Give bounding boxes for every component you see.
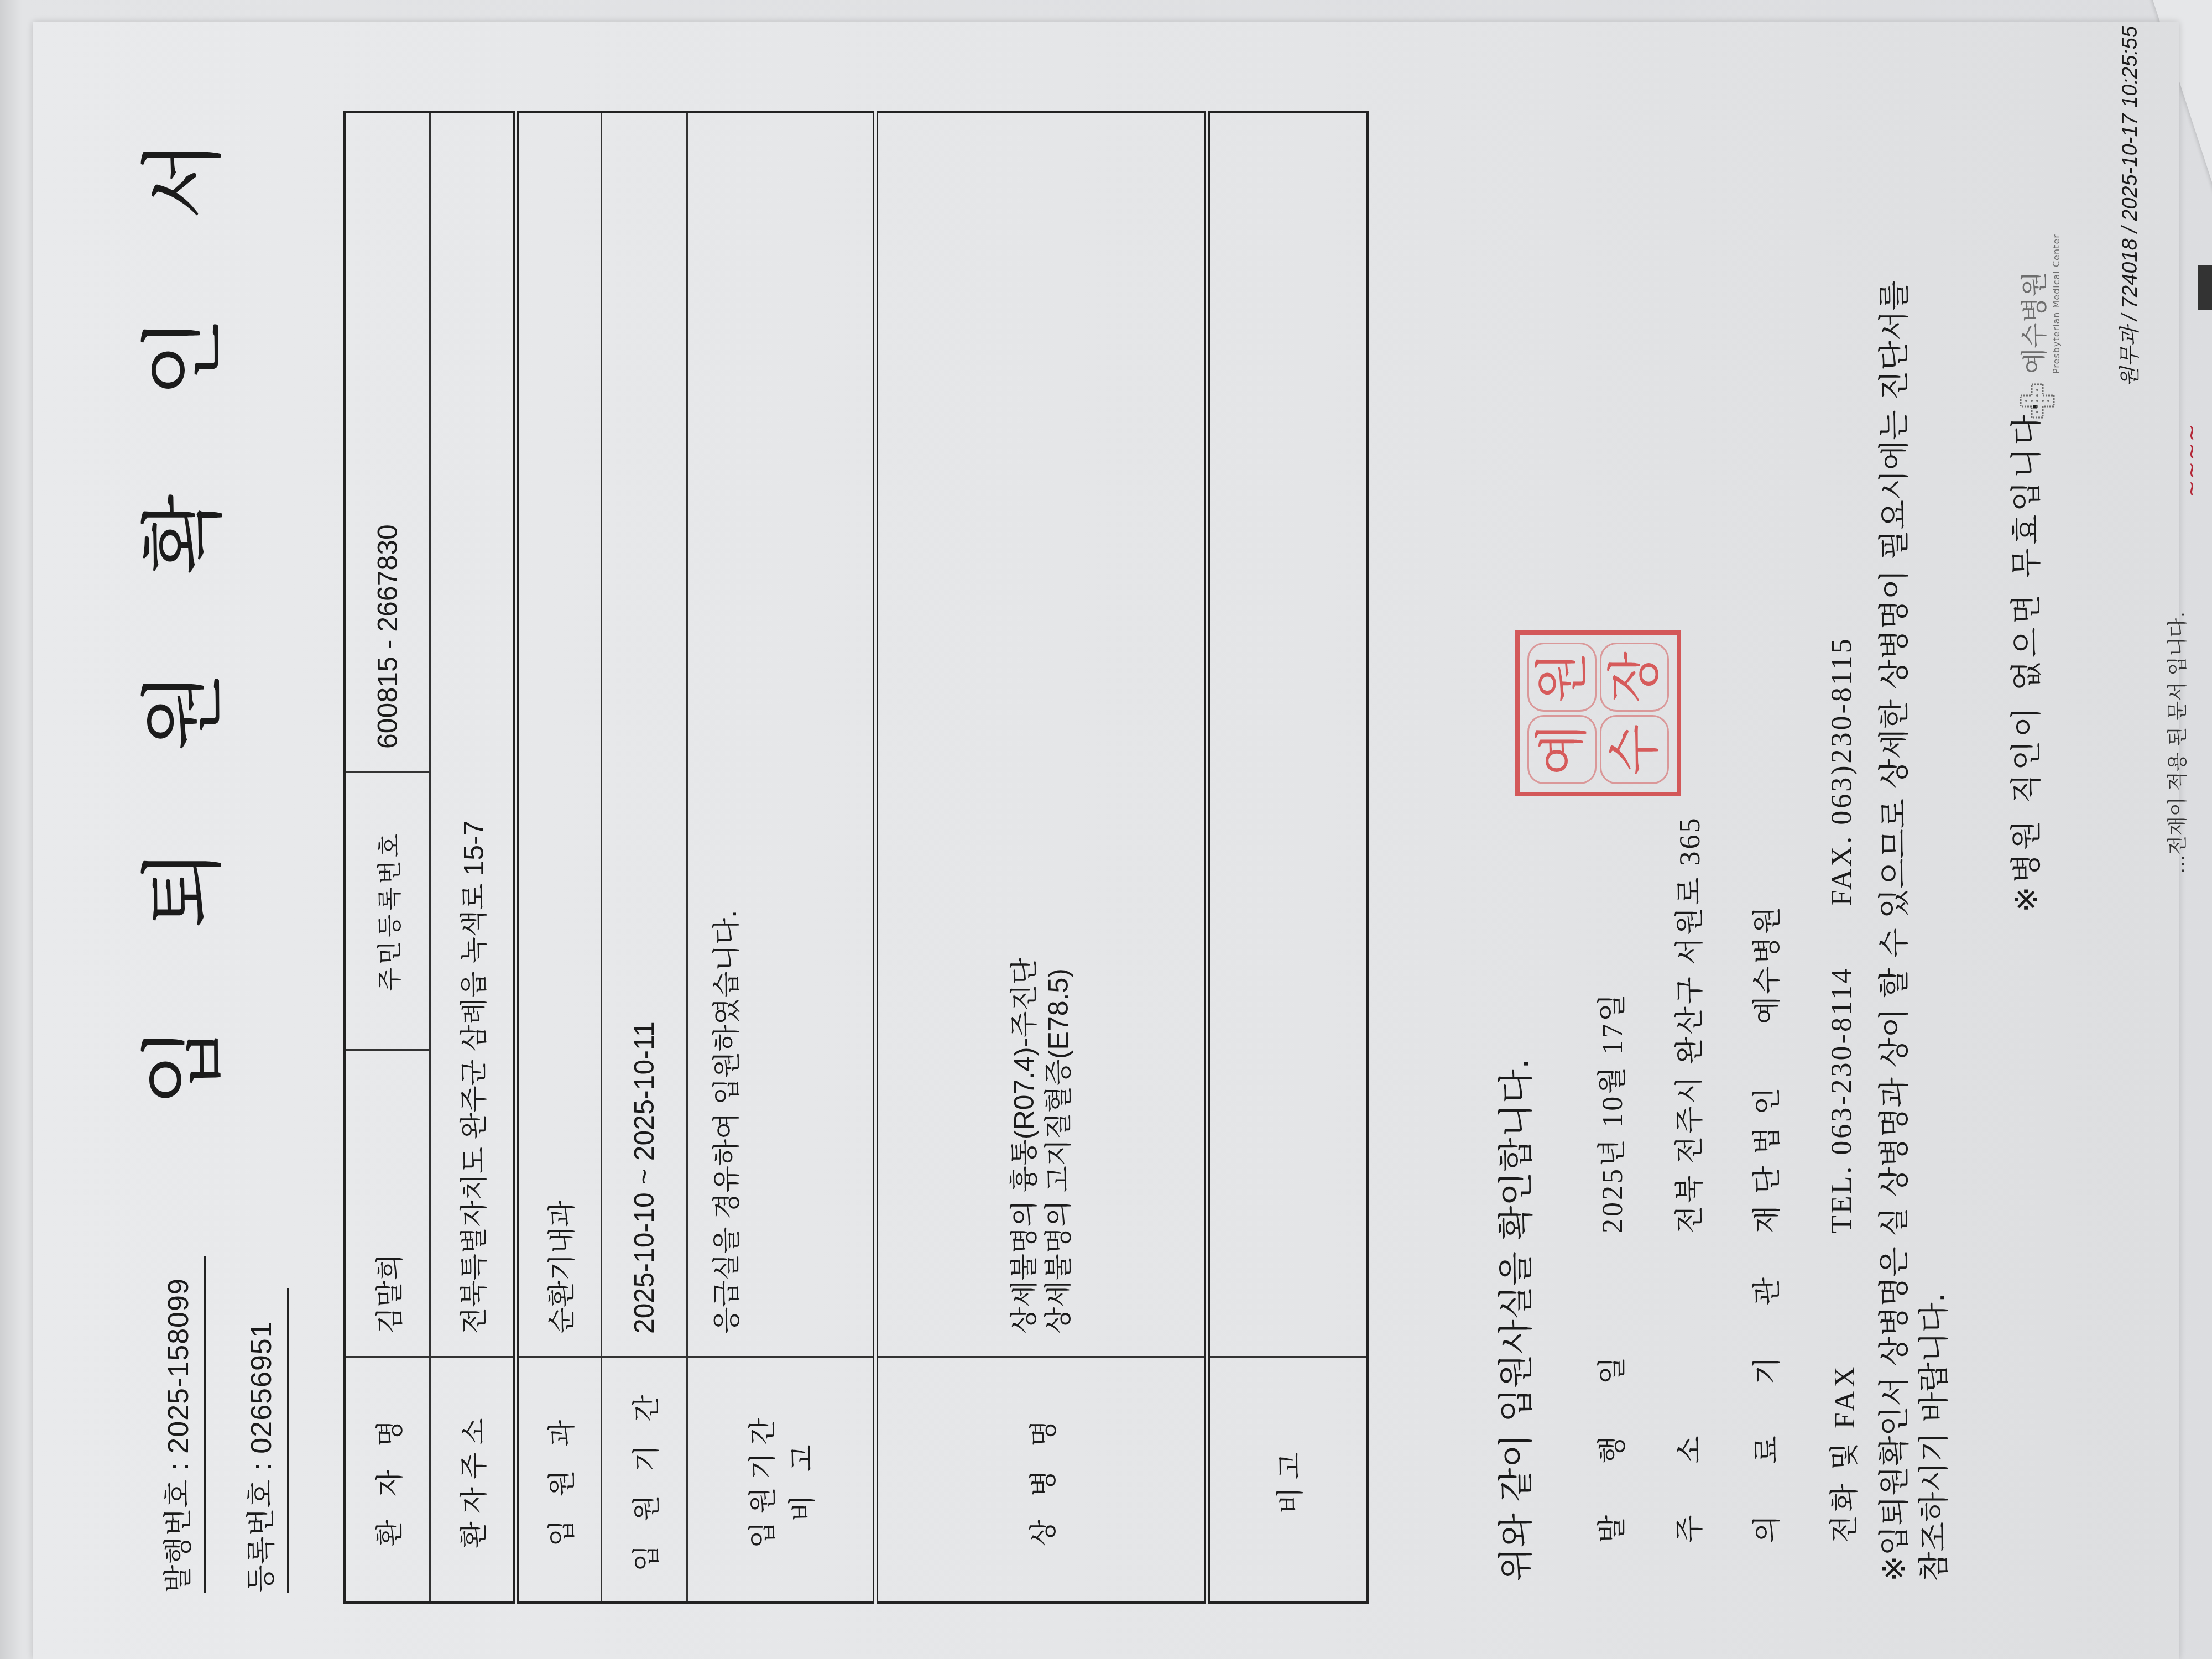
admission-discharge-certificate: 발행번호 : 2025-158099 등록번호 : 02656951 입 퇴 원… [33,22,2179,1659]
registration-number-label: 등록번호 [246,1479,278,1593]
issue-date-value: 2025년 10월 17일 [1589,992,1630,1233]
hospital-seal-stamp: 예 원 수 장 [1515,630,1681,796]
certificate-form-table: 환 자 명 김말희 주민등록번호 600815 - 2667830 환자주소 전… [343,111,1369,1604]
period-label: 입 원 기 간 [602,1357,687,1603]
hospital-logo-english: Presbyterian Medical Center [2051,234,2062,374]
hospital-address-value: 전북 전주시 완산구 서원로 365 [1666,816,1708,1233]
row-diagnosis: 상 병 명 상세불명의 흉통(R07.4)-주진단 상세불명의 고지질혈증(E7… [875,112,1207,1603]
institution-name: 예수병원 [1752,904,1783,1024]
hospital-logo: 예수병원 Presbyterian Medical Center [2013,234,2062,420]
period-note-label: 입원기간 비 고 [687,1357,875,1603]
diagnosis-line: 상세불명의 흉통(R07.4)-주진단 [1007,135,1041,1334]
issue-number-label: 발행번호 [163,1479,195,1593]
registration-number-value: 02656951 [246,1321,278,1453]
address-label: 환자주소 [430,1357,516,1603]
handwritten-red-mark: ~~~~ [2179,310,2195,498]
registration-number: 등록번호 : 02656951 [238,1321,279,1593]
address-value: 전북특별자치도 완주군 삼례읍 녹색로 15-7 [430,112,516,1357]
row-period: 입 원 기 간 2025-10-10 ~ 2025-10-11 [602,112,687,1603]
department-label: 입 원 과 [516,1357,602,1603]
period-note-value: 응급실을 경유하여 입원하였습니다. [687,112,875,1357]
department-value: 순환기내과 [516,112,602,1357]
confirmation-statement: 위와 같이 입원사실을 확인합니다. [1488,1058,1538,1582]
tel-value: TEL. 063-230-8114 [1826,967,1858,1233]
diagnosis-value: 상세불명의 흉통(R07.4)-주진단 상세불명의 고지질혈증(E78.5) [875,112,1207,1357]
seal-validity-note: ※병원 직인이 없으면 무효입니다. [2002,399,2046,912]
row-address: 환자주소 전북특별자치도 완주군 삼례읍 녹색로 15-7 [430,112,516,1603]
issue-date-label: 발 행 일 [1589,1233,1630,1543]
patient-name-label: 환 자 명 [345,1357,430,1603]
underline [204,1256,206,1593]
diagnosis-label: 상 병 명 [875,1357,1207,1603]
contact-label: 전화 및 FAX [1821,1233,1863,1543]
underline [287,1288,289,1593]
period-value: 2025-10-10 ~ 2025-10-11 [602,112,687,1357]
fax-value: FAX. 063)230-8115 [1826,637,1858,906]
row-remarks: 비고 [1207,112,1368,1603]
hospital-logo-text: 예수병원 [2013,234,2051,374]
patient-name-value: 김말희 [345,1050,430,1357]
background-object [2198,265,2212,310]
issue-number: 발행번호 : 2025-158099 [155,1278,196,1593]
footer-partial-text: ...전재이 적용 된 문서 입니다. [2162,612,2190,874]
document-page: 발행번호 : 2025-158099 등록번호 : 02656951 입 퇴 원… [33,22,2179,1659]
print-info: 원무과 / 724018 / 2025-10-17 10:25:55 [2112,26,2143,387]
cross-emblem-icon [2018,382,2057,420]
row-department: 입 원 과 순환기내과 [516,112,602,1603]
contact-row: 전화 및 FAX TEL. 063-230-8114FAX. 063)230-8… [1803,637,1880,1543]
page-title: 입 퇴 원 확 인 서 [116,104,236,1106]
diagnosis-line: 상세불명의 고지질혈증(E78.5) [1041,135,1076,1334]
diagnosis-caution-note: ※입퇴원확인서 상병명은 실 상병명과 상이 할 수 있으므로 상세한 상병명이… [1875,254,1954,1582]
hospital-address-label: 주 소 [1666,1233,1708,1543]
remarks-value [1207,112,1368,1357]
issue-number-value: 2025-158099 [163,1278,195,1454]
resident-number-label: 주민등록번호 [345,772,430,1050]
row-period-note: 입원기간 비 고 응급실을 경유하여 입원하였습니다. [687,112,875,1603]
resident-number-value: 600815 - 2667830 [345,112,430,772]
institution-label: 의 료 기 관 [1744,1233,1785,1543]
row-patient-name: 환 자 명 김말희 주민등록번호 600815 - 2667830 [345,112,430,1603]
institution-row: 의 료 기 관 재 단 법 인예수병원 [1725,637,1803,1543]
remarks-label: 비고 [1207,1357,1368,1603]
institution-type: 재 단 법 인 [1752,1085,1783,1233]
